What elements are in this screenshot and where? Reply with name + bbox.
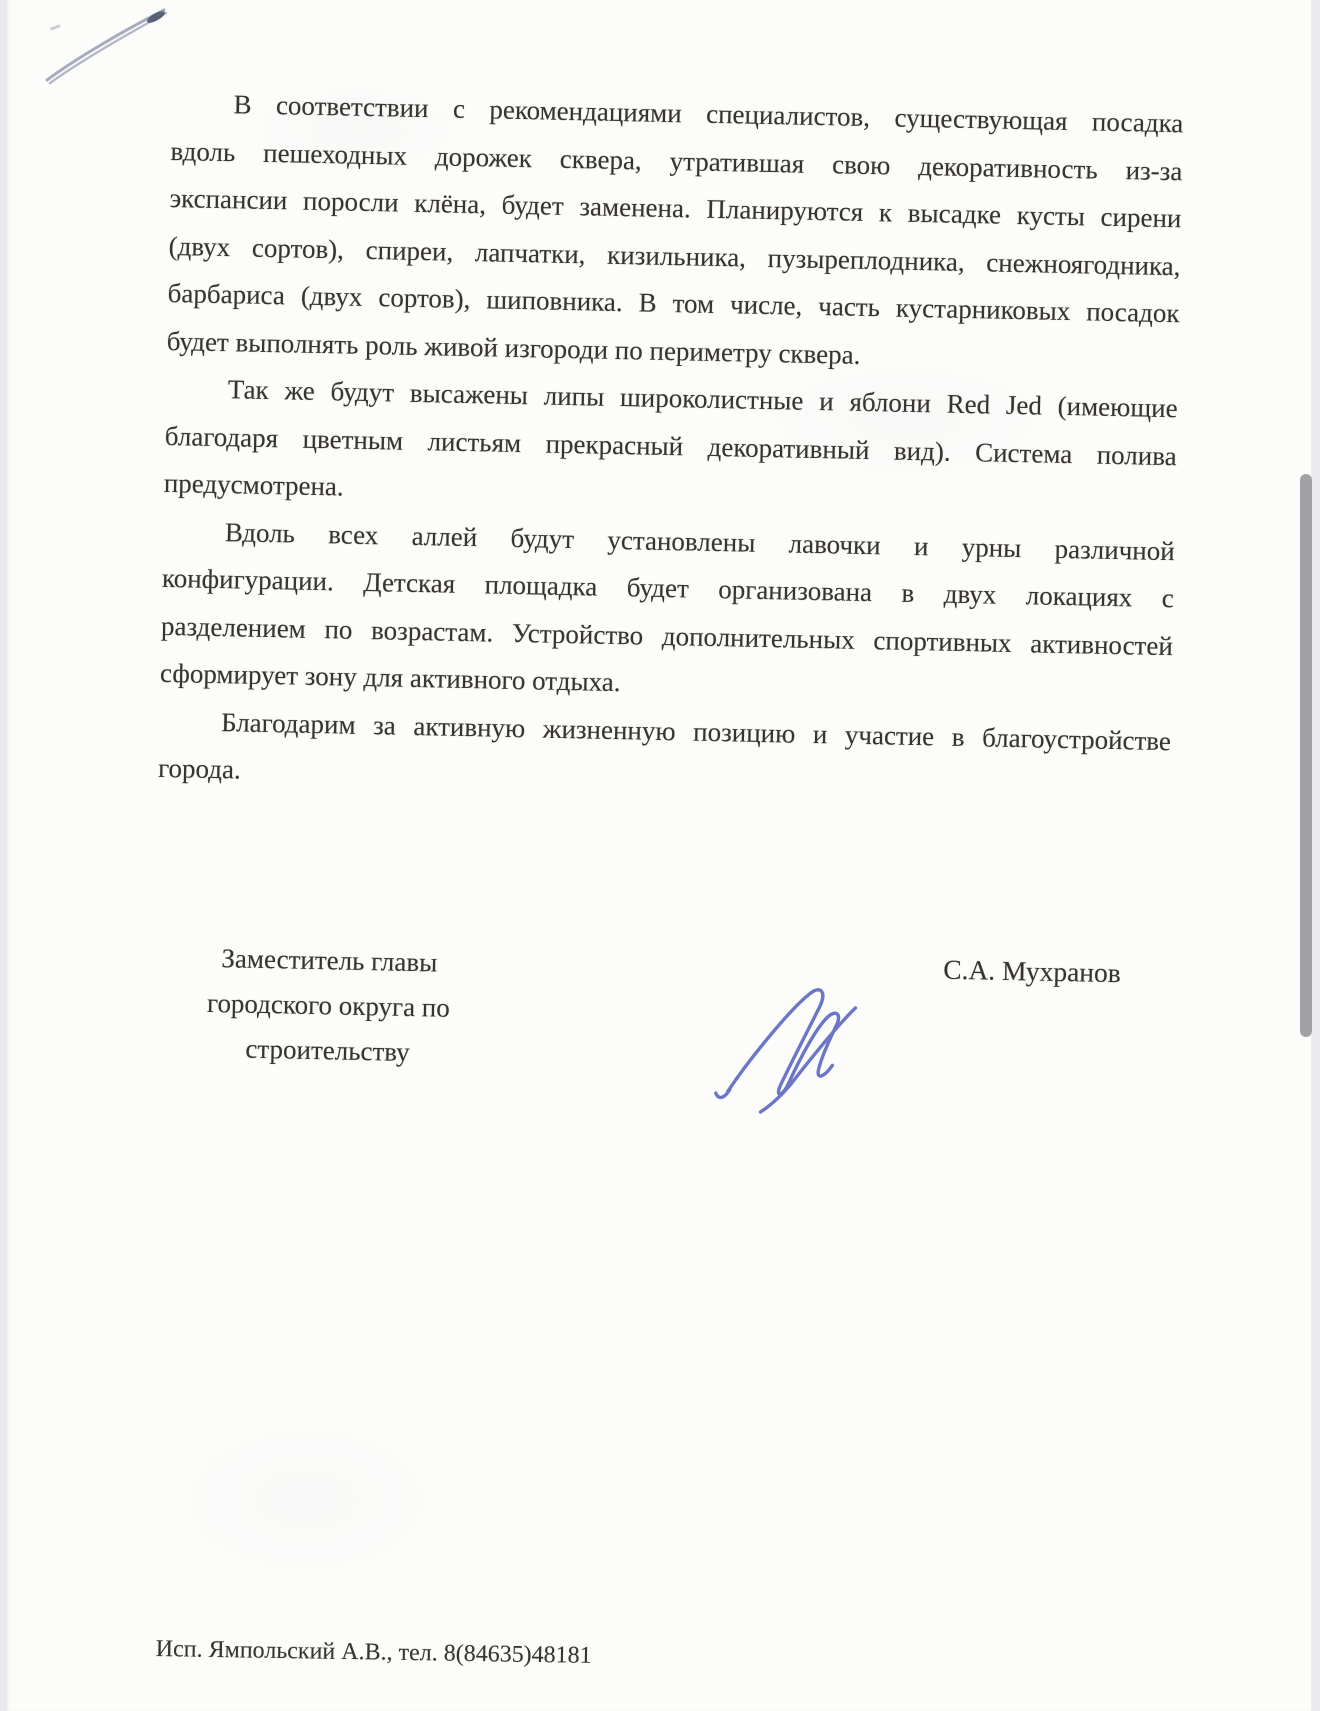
signatory-position-line: городского округа по bbox=[197, 981, 460, 1031]
signatory-position-line: Заместитель главы bbox=[198, 936, 461, 986]
scrollbar-thumb[interactable] bbox=[1300, 474, 1312, 1037]
paragraph: Вдоль всех аллей будут установлены лавоч… bbox=[160, 507, 1176, 717]
executor-contact-line: Исп. Ямпольский А.В., тел. 8(84635)48181 bbox=[156, 1636, 592, 1670]
scanned-letter-page: В соответствии с рекомендациями специали… bbox=[6, 0, 1312, 1711]
paragraph: Благодарим за активную жизненную позицию… bbox=[158, 697, 1172, 812]
document-viewer: { "viewer": { "background_color": "#eaea… bbox=[0, 0, 1320, 1711]
signatory-position: Заместитель главы городского округа по с… bbox=[196, 936, 461, 1076]
paragraph: В соответствии с рекомендациями специали… bbox=[166, 80, 1184, 385]
body-text: В соответствии с рекомендациями специали… bbox=[158, 80, 1184, 813]
signatory-position-line: строительству bbox=[196, 1026, 459, 1076]
paragraph: Так же будут высажены липы широколистные… bbox=[163, 365, 1178, 528]
handwritten-signature bbox=[705, 975, 868, 1123]
letter-body: В соответствии с рекомендациями специали… bbox=[150, 80, 1184, 1200]
signatory-name: С.А. Мухранов bbox=[943, 946, 1121, 997]
